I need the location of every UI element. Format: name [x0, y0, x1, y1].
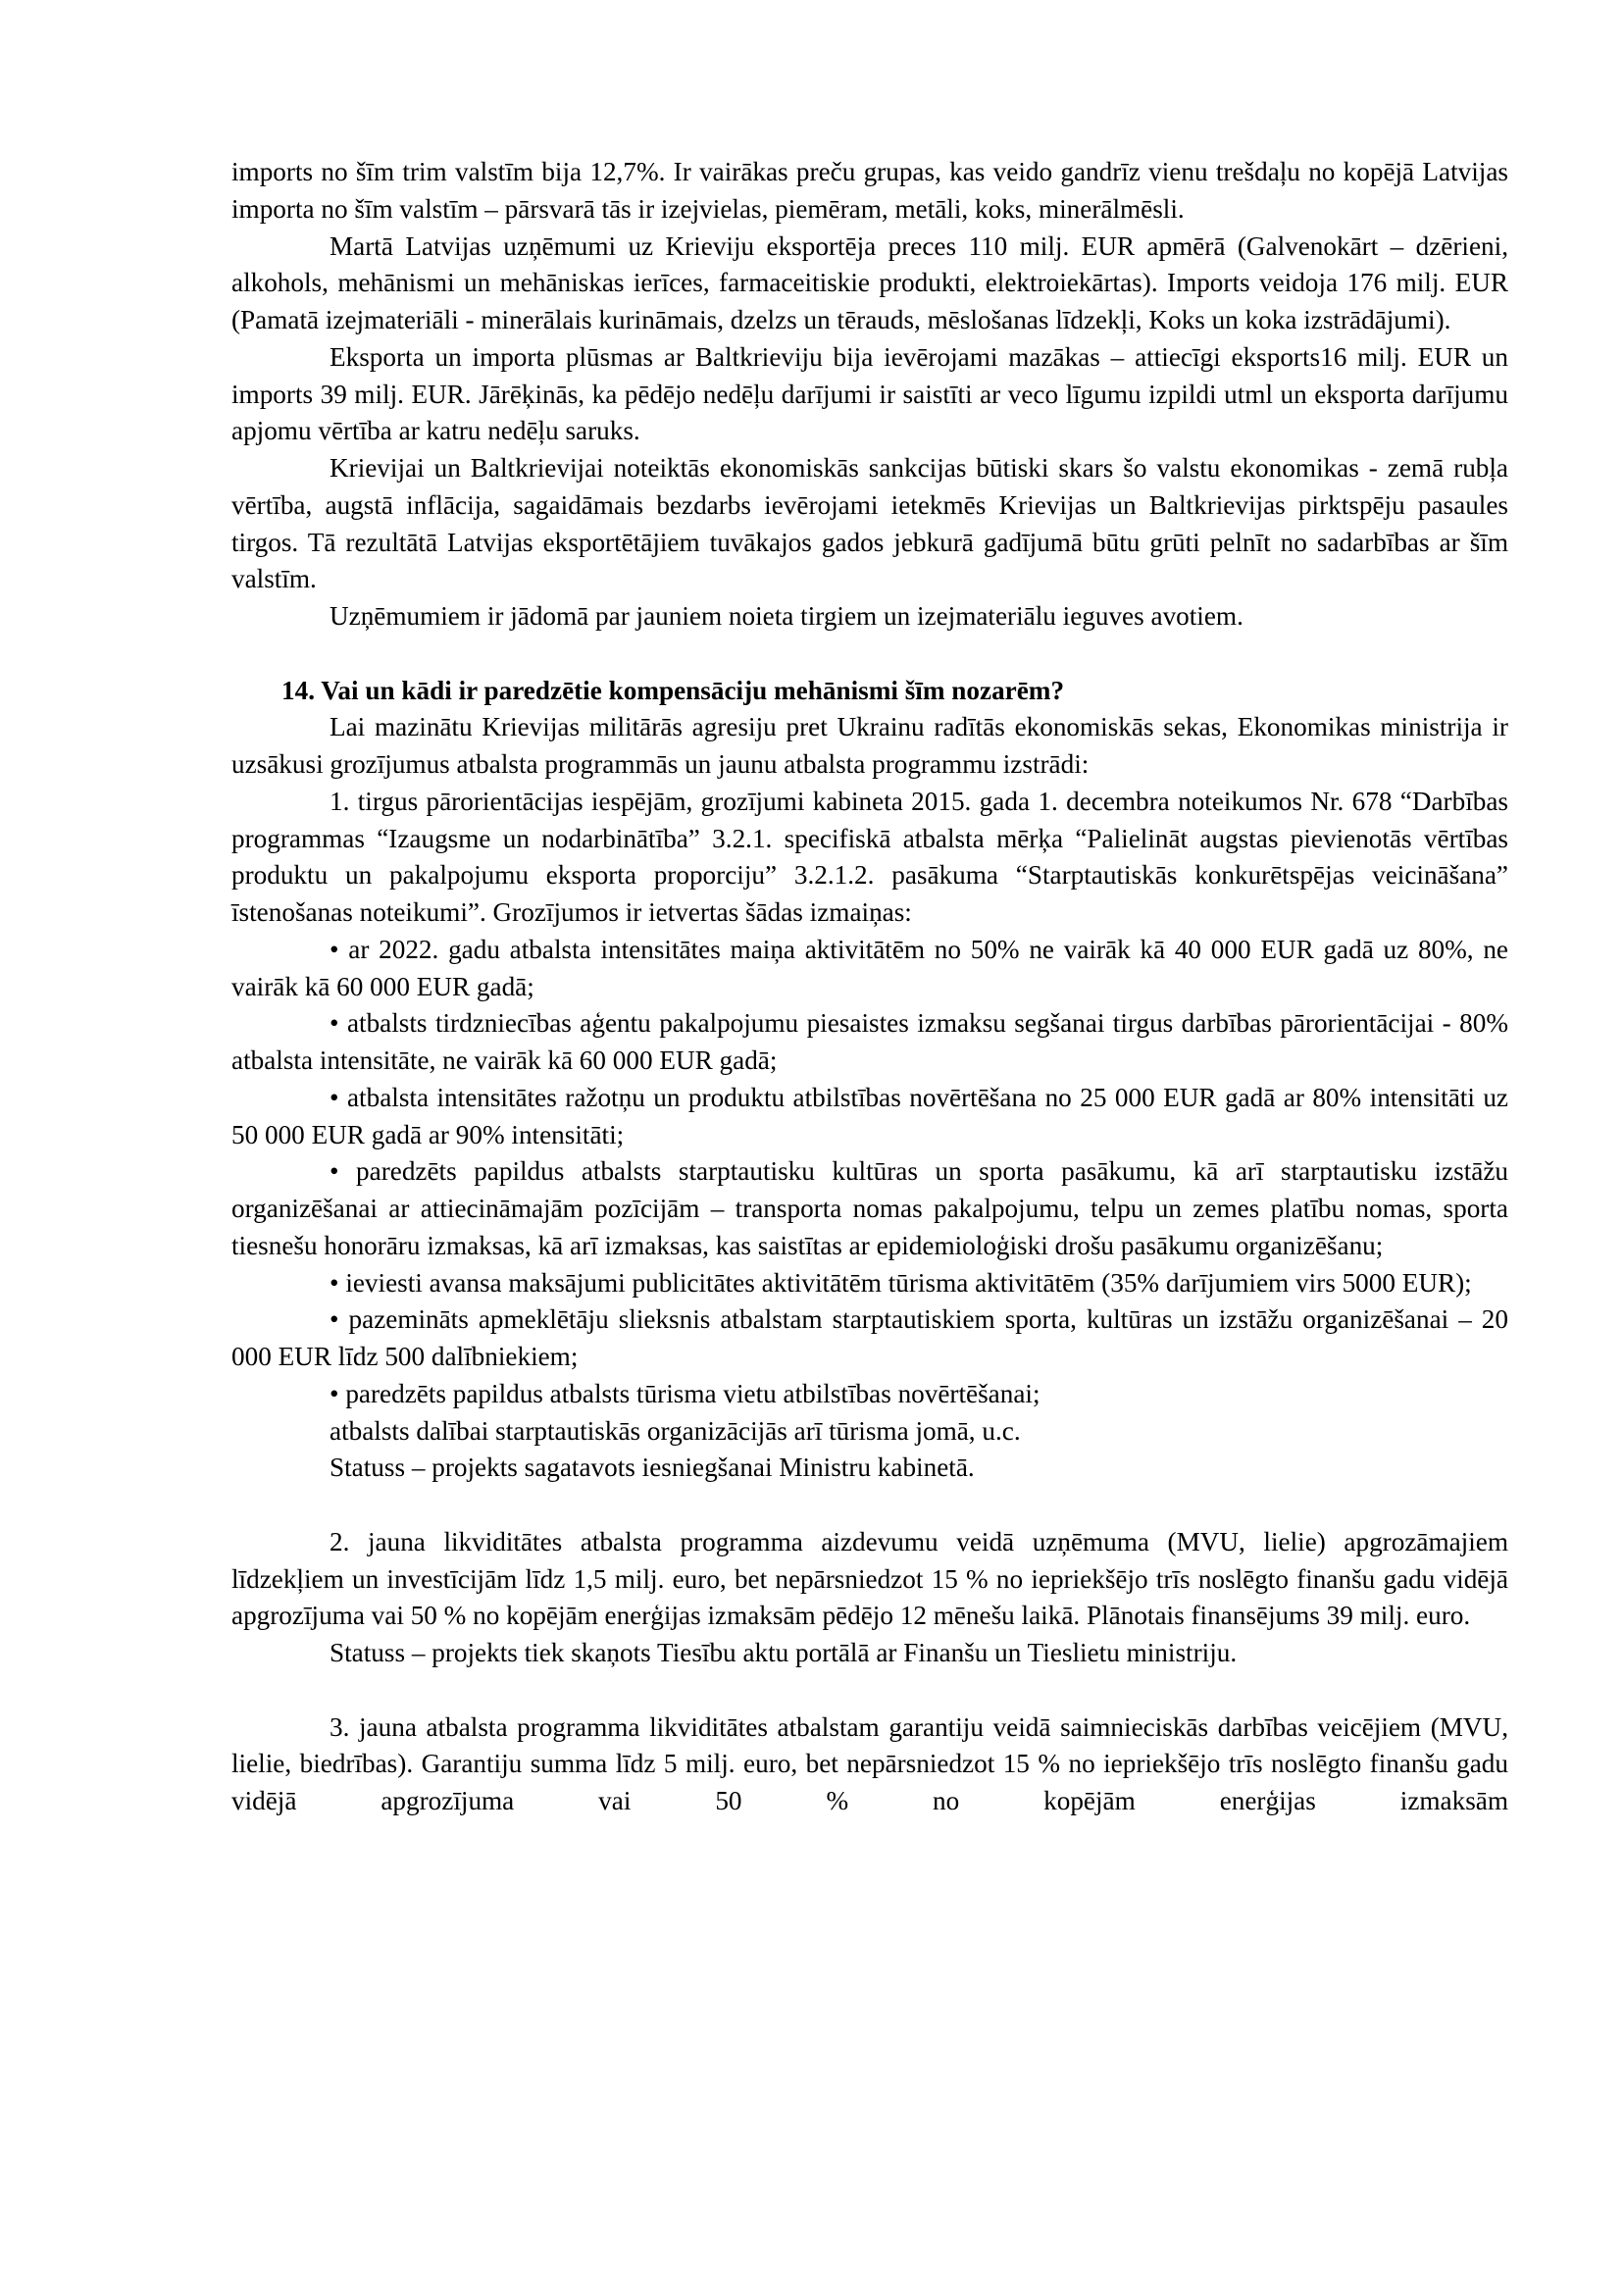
bullet-item: • paredzēts papildus atbalsts starptauti… — [231, 1153, 1508, 1264]
section-heading: 14. Vai un kādi ir paredzētie kompensāci… — [231, 673, 1508, 710]
item-1-extra-line: atbalsts dalībai starptautiskās organizā… — [231, 1413, 1508, 1451]
paragraph-imports-share: imports no šīm trim valstīm bija 12,7%. … — [231, 154, 1508, 229]
bullet-item: • paredzēts papildus atbalsts tūrisma vi… — [231, 1376, 1508, 1413]
document-page: imports no šīm trim valstīm bija 12,7%. … — [231, 154, 1508, 1820]
spacer — [231, 636, 1508, 673]
item-1-status: Statuss – projekts sagatavots iesniegšan… — [231, 1450, 1508, 1487]
bullet-item: • atbalsta intensitātes ražotņu un produ… — [231, 1080, 1508, 1154]
paragraph-sanctions-impact: Krievijai un Baltkrievijai noteiktās eko… — [231, 450, 1508, 598]
paragraph-belarus-trade: Eksporta un importa plūsmas ar Baltkriev… — [231, 339, 1508, 450]
spacer — [231, 1672, 1508, 1709]
spacer — [231, 1487, 1508, 1524]
item-1-text: 1. tirgus pārorientācijas iespējām, groz… — [231, 784, 1508, 932]
item-2-status: Statuss – projekts tiek skaņots Tiesību … — [231, 1635, 1508, 1672]
bullet-item: • pazemināts apmeklētāju slieksnis atbal… — [231, 1301, 1508, 1376]
bullet-item: • ieviesti avansa maksājumi publicitātes… — [231, 1265, 1508, 1302]
section-intro: Lai mazinātu Krievijas militārās agresij… — [231, 709, 1508, 784]
bullet-item: • ar 2022. gadu atbalsta intensitātes ma… — [231, 932, 1508, 1006]
paragraph-new-markets: Uzņēmumiem ir jādomā par jauniem noieta … — [231, 598, 1508, 636]
paragraph-russia-trade: Martā Latvijas uzņēmumi uz Krieviju eksp… — [231, 229, 1508, 339]
item-2-text: 2. jauna likviditātes atbalsta programma… — [231, 1524, 1508, 1635]
item-3-text: 3. jauna atbalsta programma likviditātes… — [231, 1709, 1508, 1820]
bullet-item: • atbalsts tirdzniecības aģentu pakalpoj… — [231, 1005, 1508, 1080]
